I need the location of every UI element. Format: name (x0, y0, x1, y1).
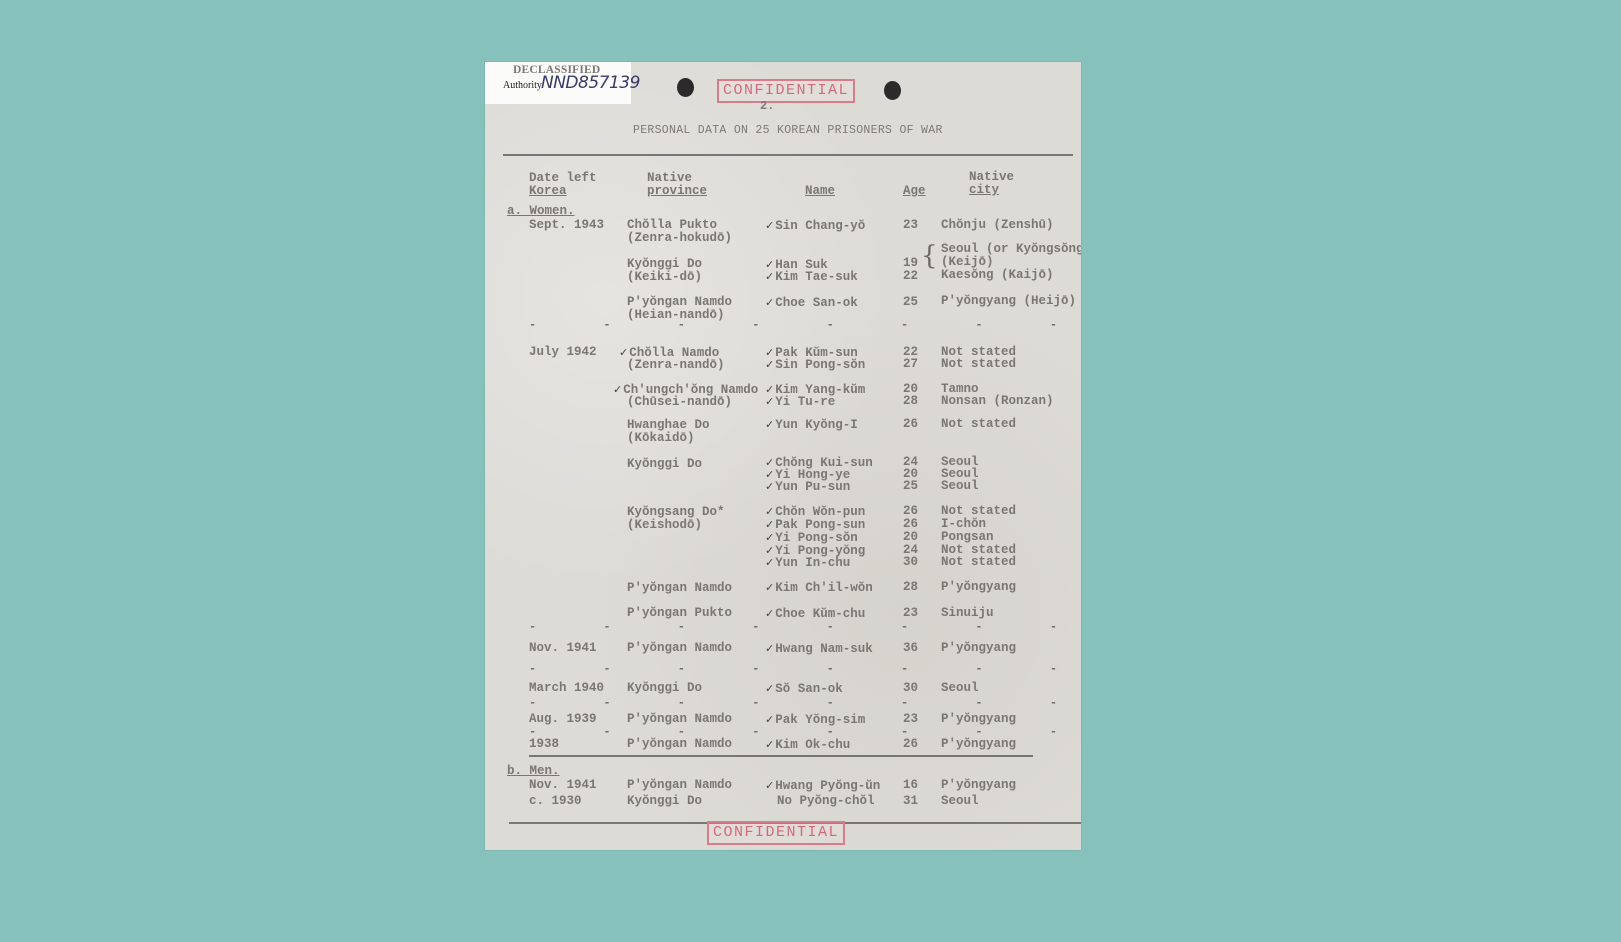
checkmark-icon: ✓ (765, 556, 774, 569)
checkmark-icon: ✓ (765, 480, 774, 493)
row-city: Chŏnju (Zenshū) (941, 219, 1054, 232)
separator: - - - - - - - - - - - - (529, 620, 1081, 634)
row-date: c. 1930 (529, 795, 582, 808)
row-province-alt: (Keishodō) (627, 519, 702, 532)
row-city: Nonsan (Ronzan) (941, 395, 1054, 408)
checkmark-icon: ✓ (765, 358, 774, 371)
row-age: 23 (903, 219, 918, 232)
col-age: Age (903, 185, 926, 198)
page-number: 2. (760, 99, 774, 113)
row-age: 26 (903, 738, 918, 751)
declassified-label: DECLASSIFIED Authority NND857139 (485, 62, 631, 104)
row-city: Seoul (941, 480, 979, 493)
authority-label: Authority (503, 80, 542, 91)
col-province-line2: province (647, 185, 707, 198)
row-city: P'yŏngyang (Heijō) (941, 295, 1076, 308)
checkmark-icon: ✓ (765, 518, 774, 531)
row-name: Yun Kyŏng-I (775, 418, 858, 432)
row-name: Choe Kŭm-chu (775, 607, 865, 621)
row-city: P'yŏngyang (941, 779, 1016, 792)
row-city: Seoul (941, 795, 979, 808)
section-women: a. Women. (507, 205, 575, 218)
checkmark-icon: ✓ (765, 738, 774, 751)
row-name: No Pyŏng-chŏl (777, 795, 875, 808)
row-age: 28 (903, 395, 918, 408)
row-date: 1938 (529, 738, 559, 751)
row-name: Kim Ch'il-wŏn (775, 581, 873, 595)
row-province-alt: (Zenra-hokudō) (627, 232, 732, 245)
checkmark-icon: ✓ (765, 505, 774, 518)
row-date: March 1940 (529, 682, 604, 695)
row-name: Yun Pu-sun (775, 480, 850, 494)
row-age: 16 (903, 779, 918, 792)
row-province: P'yŏngan Namdo (627, 582, 732, 595)
row-city: Seoul (941, 682, 979, 695)
checkmark-icon: ✓ (765, 270, 774, 283)
authority-number: NND857139 (541, 73, 640, 93)
row-city: Not stated (941, 358, 1016, 371)
row-name: Yun In-chu (775, 556, 850, 570)
checkmark-icon: ✓ (765, 642, 774, 655)
checkmark-icon: ✓ (765, 581, 774, 594)
row-date: Sept. 1943 (529, 219, 604, 232)
row-city: P'yŏngyang (941, 738, 1016, 751)
checkmark-icon: ✓ (765, 531, 774, 544)
row-name: Choe San-ok (775, 296, 858, 310)
row-age: 28 (903, 581, 918, 594)
section-men: b. Men. (507, 765, 560, 778)
row-age: 25 (903, 480, 918, 493)
row-city: Kaesŏng (Kaijō) (941, 269, 1054, 282)
row-name: Sin Chang-yŏ (775, 219, 865, 233)
row-date: Nov. 1941 (529, 779, 597, 792)
row-name: Yi Pong-sŏn (775, 531, 858, 545)
checkmark-icon: ✓ (765, 418, 774, 431)
row-age: 30 (903, 682, 918, 695)
checkmark-icon: ✓ (765, 779, 774, 792)
document-page: DECLASSIFIED Authority NND857139 CONFIDE… (485, 62, 1081, 850)
row-name: Hwang Pyŏng-ŭn (775, 779, 880, 793)
row-age: 25 (903, 296, 918, 309)
checkmark-icon: ✓ (765, 395, 774, 408)
row-province: P'yŏngan Namdo (627, 779, 732, 792)
row-age: 27 (903, 358, 918, 371)
row-age: 22 (903, 270, 918, 283)
header-rule (503, 154, 1073, 156)
confidential-stamp-bottom: CONFIDENTIAL (707, 821, 845, 845)
row-name: Kim Ok-chu (775, 738, 850, 752)
row-name: Sŏ San-ok (775, 682, 843, 696)
row-province-alt: (Chūsei-nandō) (627, 396, 732, 409)
punch-hole-icon (884, 81, 901, 100)
col-name: Name (805, 185, 835, 198)
document-title: PERSONAL DATA ON 25 KOREAN PRISONERS OF … (633, 124, 943, 137)
separator: - - - - - - - - - - - - (529, 318, 1081, 332)
row-province: Kyŏnggi Do (627, 458, 702, 471)
row-age: 31 (903, 795, 918, 808)
row-city: Not stated (941, 556, 1016, 569)
row-name: Hwang Nam-suk (775, 642, 873, 656)
brace-icon: { (921, 241, 938, 271)
row-province-alt: (Zenra-nandō) (627, 359, 725, 372)
row-age: 26 (903, 418, 918, 431)
checkmark-icon: ✓ (765, 682, 774, 695)
row-province: P'yŏngan Namdo (627, 642, 732, 655)
row-city: P'yŏngyang (941, 642, 1016, 655)
row-name: Pak Pong-sun (775, 518, 865, 532)
checkmark-icon: ✓ (765, 607, 774, 620)
confidential-stamp-top: CONFIDENTIAL (717, 79, 855, 103)
row-province: P'yŏngan Pukto (627, 607, 732, 620)
checkmark-icon: ✓ (765, 296, 774, 309)
row-date: July 1942 (529, 346, 597, 359)
row-age: 36 (903, 642, 918, 655)
row-name: Yi Tu-re (775, 395, 835, 409)
row-province: Kyŏnggi Do (627, 682, 702, 695)
punch-hole-icon (677, 78, 694, 97)
row-province-alt: (Keiki-dō) (627, 271, 702, 284)
checkmark-icon: ✓ (765, 219, 774, 232)
row-city: Sinuiju (941, 607, 994, 620)
separator: - - - - - - - - - - - - (529, 662, 1081, 676)
row-city: P'yŏngyang (941, 581, 1016, 594)
row-name: Sin Pong-sŏn (775, 358, 865, 372)
row-province: Kyŏnggi Do (627, 795, 702, 808)
row-age: 30 (903, 556, 918, 569)
row-name: Chŏn Wŏn-pun (775, 505, 865, 519)
separator: - - - - - - - - - - - - (529, 696, 1081, 710)
section-rule (529, 755, 1033, 757)
checkmark-icon: ✓ (613, 383, 622, 396)
row-city: Not stated (941, 418, 1016, 431)
row-age: 23 (903, 607, 918, 620)
row-province-alt: (Kōkaidō) (627, 432, 695, 445)
col-date-line2: Korea (529, 185, 567, 198)
row-province: P'yŏngan Namdo (627, 738, 732, 751)
col-city-line2: city (969, 184, 999, 197)
row-date: Nov. 1941 (529, 642, 597, 655)
row-name: Kim Tae-suk (775, 270, 858, 284)
